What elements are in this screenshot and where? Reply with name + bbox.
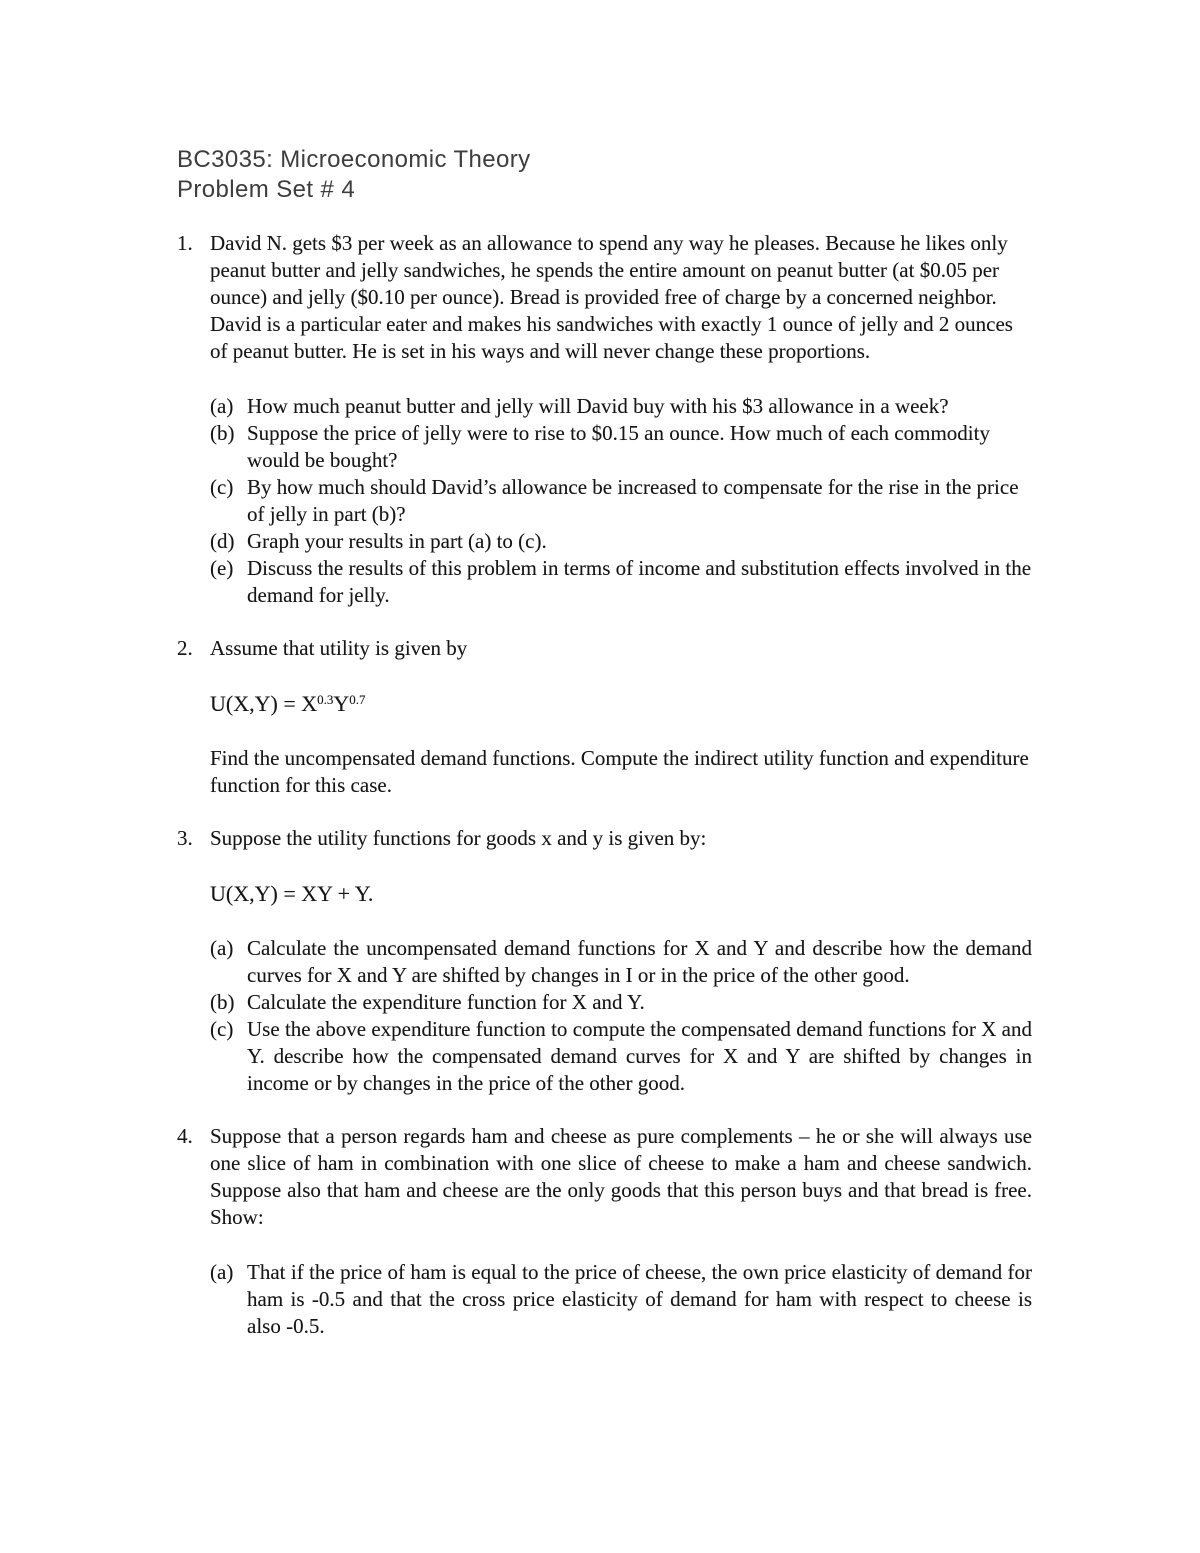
problem-3-parts: (a) Calculate the uncompensated demand f… bbox=[210, 935, 1032, 1097]
problem-4-number: 4. bbox=[177, 1123, 210, 1340]
document-page: BC3035: Microeconomic Theory Problem Set… bbox=[0, 0, 1200, 1553]
part-label: (e) bbox=[210, 555, 247, 609]
part-text: Graph your results in part (a) to (c). bbox=[247, 528, 1032, 555]
part-text: Calculate the expenditure function for X… bbox=[247, 989, 1032, 1016]
formula-prefix: U(X,Y) = X bbox=[210, 691, 317, 716]
utility-formula-cobb-douglas: U(X,Y) = X0.3Y0.7 bbox=[210, 690, 1032, 717]
part-label: (a) bbox=[210, 393, 247, 420]
problem-2-instructions: Find the uncompensated demand functions.… bbox=[210, 745, 1032, 799]
problem-4-text: Suppose that a person regards ham and ch… bbox=[210, 1123, 1032, 1231]
problem-3-part-c: (c) Use the above expenditure function t… bbox=[210, 1016, 1032, 1097]
part-text: By how much should David’s allowance be … bbox=[247, 474, 1032, 528]
part-text: That if the price of ham is equal to the… bbox=[247, 1259, 1032, 1340]
problem-1-parts: (a) How much peanut butter and jelly wil… bbox=[210, 393, 1032, 609]
problem-set-title: Problem Set # 4 bbox=[177, 175, 1032, 205]
part-label: (b) bbox=[210, 989, 247, 1016]
problem-3-part-b: (b) Calculate the expenditure function f… bbox=[210, 989, 1032, 1016]
problem-2-section: 2. Assume that utility is given by U(X,Y… bbox=[177, 635, 1032, 799]
part-text: How much peanut butter and jelly will Da… bbox=[247, 393, 1032, 420]
part-label: (b) bbox=[210, 420, 247, 474]
part-text: Discuss the results of this problem in t… bbox=[247, 555, 1032, 609]
part-label: (a) bbox=[210, 1259, 247, 1340]
problem-1-part-e: (e) Discuss the results of this problem … bbox=[210, 555, 1032, 609]
problem-1-part-b: (b) Suppose the price of jelly were to r… bbox=[210, 420, 1032, 474]
problem-1-part-c: (c) By how much should David’s allowance… bbox=[210, 474, 1032, 528]
problem-4-part-a: (a) That if the price of ham is equal to… bbox=[210, 1259, 1032, 1340]
part-label: (d) bbox=[210, 528, 247, 555]
formula-exponent-x: 0.3 bbox=[317, 692, 333, 707]
part-text: Calculate the uncompensated demand funct… bbox=[247, 935, 1032, 989]
problem-2-number: 2. bbox=[177, 635, 210, 799]
part-label: (c) bbox=[210, 474, 247, 528]
part-label: (a) bbox=[210, 935, 247, 989]
utility-formula-quasilinear: U(X,Y) = XY + Y. bbox=[210, 880, 1032, 907]
formula-mid: Y bbox=[333, 691, 349, 716]
part-text: Suppose the price of jelly were to rise … bbox=[247, 420, 1032, 474]
problem-1-part-a: (a) How much peanut butter and jelly wil… bbox=[210, 393, 1032, 420]
problem-1-text: David N. gets $3 per week as an allowanc… bbox=[210, 230, 1032, 365]
problem-2-text: Assume that utility is given by bbox=[210, 635, 1032, 662]
problem-4-section: 4. Suppose that a person regards ham and… bbox=[177, 1123, 1032, 1340]
problem-1-part-d: (d) Graph your results in part (a) to (c… bbox=[210, 528, 1032, 555]
formula-exponent-y: 0.7 bbox=[349, 692, 365, 707]
part-label: (c) bbox=[210, 1016, 247, 1097]
document-header: BC3035: Microeconomic Theory Problem Set… bbox=[177, 145, 1032, 205]
problem-1-section: 1. David N. gets $3 per week as an allow… bbox=[177, 230, 1032, 609]
problem-3-text: Suppose the utility functions for goods … bbox=[210, 825, 1032, 852]
problem-3-number: 3. bbox=[177, 825, 210, 1097]
problem-3-part-a: (a) Calculate the uncompensated demand f… bbox=[210, 935, 1032, 989]
part-text: Use the above expenditure function to co… bbox=[247, 1016, 1032, 1097]
problem-4-parts: (a) That if the price of ham is equal to… bbox=[210, 1259, 1032, 1340]
problem-1-number: 1. bbox=[177, 230, 210, 609]
course-title: BC3035: Microeconomic Theory bbox=[177, 145, 1032, 175]
problem-3-section: 3. Suppose the utility functions for goo… bbox=[177, 825, 1032, 1097]
